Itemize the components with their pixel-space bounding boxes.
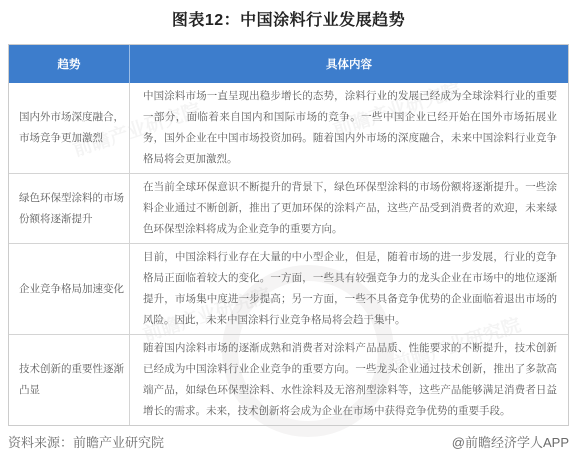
figure-page: 图表12：中国涂料行业发展趋势 前瞻产业研究院 前瞻产业研究院 前瞻产业研究院 … xyxy=(0,0,577,465)
trends-table: 趋势 具体内容 国内外市场深度融合，市场竞争更加激烈 中国涂料市场一直呈现出稳步… xyxy=(8,44,569,426)
header-cell-trend: 趋势 xyxy=(9,45,130,83)
figure-footer: 资料来源：前瞻产业研究院 @前瞻经济学人APP xyxy=(8,432,569,451)
trend-cell: 技术创新的重要性逐渐凸显 xyxy=(9,335,130,425)
table-row: 国内外市场深度融合，市场竞争更加激烈 中国涂料市场一直呈现出稳步增长的态势，涂料… xyxy=(9,83,568,173)
source-label: 资料来源：前瞻产业研究院 xyxy=(8,432,164,451)
table-row: 企业竞争格局加速变化 目前，中国涂料行业存在大量的中小型企业，但是，随着市场的进… xyxy=(9,243,568,334)
brand-label: @前瞻经济学人APP xyxy=(452,432,569,451)
table-row: 绿色环保型涂料的市场份额将逐渐提升 在当前全球环保意识不断提升的背景下，绿色环保… xyxy=(9,173,568,243)
trend-cell: 绿色环保型涂料的市场份额将逐渐提升 xyxy=(9,174,130,243)
table-row: 技术创新的重要性逐渐凸显 随着国内涂料市场的逐渐成熟和消费者对涂料产品品质、性能… xyxy=(9,334,568,425)
content-cell: 中国涂料市场一直呈现出稳步增长的态势，涂料行业的发展已经成为全球涂料行业的重要一… xyxy=(130,83,568,173)
figure-title: 图表12：中国涂料行业发展趋势 xyxy=(0,7,577,30)
header-cell-content: 具体内容 xyxy=(130,45,568,83)
content-cell: 目前，中国涂料行业存在大量的中小型企业，但是，随着市场的进一步发展，行业的竞争格… xyxy=(130,244,568,334)
content-cell: 随着国内涂料市场的逐渐成熟和消费者对涂料产品品质、性能要求的不断提升，技术创新已… xyxy=(130,335,568,425)
trend-cell: 国内外市场深度融合，市场竞争更加激烈 xyxy=(9,83,130,173)
content-cell: 在当前全球环保意识不断提升的背景下，绿色环保型涂料的市场份额将逐渐提升。一些涂料… xyxy=(130,174,568,243)
table-header-row: 趋势 具体内容 xyxy=(9,45,568,83)
trend-cell: 企业竞争格局加速变化 xyxy=(9,244,130,334)
